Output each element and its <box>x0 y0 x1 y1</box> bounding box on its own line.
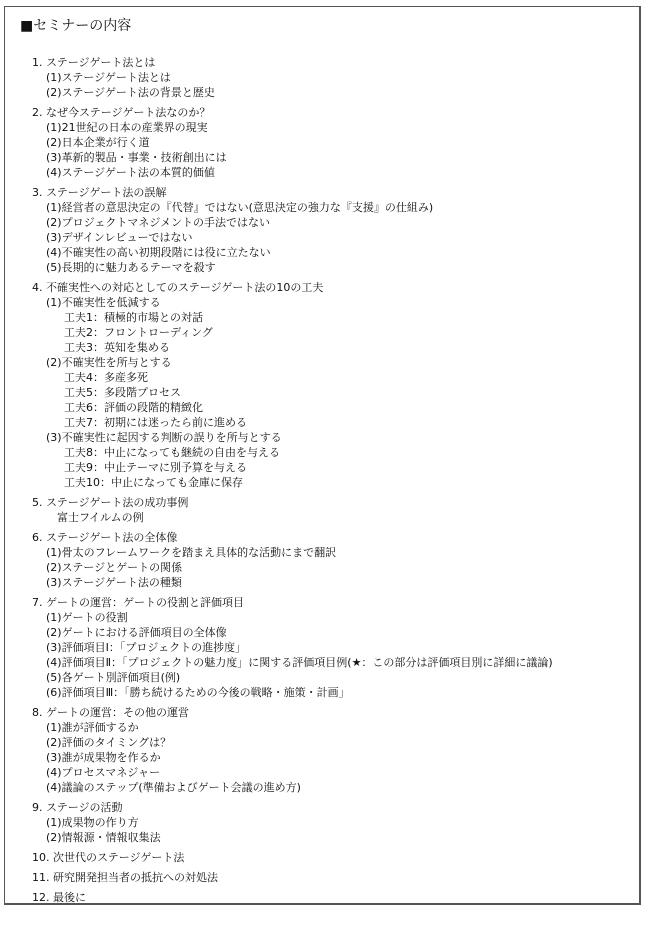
kufu-item: 工夫5：多段階プロセス <box>32 385 632 400</box>
section-heading: 8. ゲートの運営：その他の運営 <box>32 705 632 720</box>
section-heading: 6. ステージゲート法の全体像 <box>32 530 632 545</box>
outline-section: 3. ステージゲート法の誤解 (1)経営者の意思決定の『代替』ではない(意思決定… <box>32 185 632 275</box>
kufu-item: 工夫2：フロントローディング <box>32 325 632 340</box>
subsection-item: (2)情報源・情報収集法 <box>32 830 632 845</box>
outline-section: 1. ステージゲート法とは (1)ステージゲート法とは (2)ステージゲート法の… <box>32 55 632 100</box>
subsection-item: (1)不確実性を低減する <box>32 295 632 310</box>
subsection-item: (2)プロジェクトマネジメントの手法ではない <box>32 215 632 230</box>
outline-section: 7. ゲートの運営：ゲートの役割と評価項目 (1)ゲートの役割 (2)ゲートにお… <box>32 595 632 700</box>
outline-section: 12. 最後に <box>32 890 632 905</box>
section-heading: 10. 次世代のステージゲート法 <box>32 850 632 865</box>
subsection-item: (3)デザインレビューではない <box>32 230 632 245</box>
subsection-item: (2)ゲートにおける評価項目の全体像 <box>32 625 632 640</box>
kufu-item: 工夫7：初期には迷ったら前に進める <box>32 415 632 430</box>
section-heading: 7. ゲートの運営：ゲートの役割と評価項目 <box>32 595 632 610</box>
kufu-item: 工夫9：中止テーマに別予算を与える <box>32 460 632 475</box>
kufu-item: 工夫10：中止になっても金庫に保存 <box>32 475 632 490</box>
outline-section: 5. ステージゲート法の成功事例 富士フイルムの例 <box>32 495 632 525</box>
section-heading: 9. ステージの活動 <box>32 800 632 815</box>
subsection-item: (2)ステージとゲートの関係 <box>32 560 632 575</box>
subsection-item: (6)評価項目Ⅲ：「勝ち続けるための今後の戦略・施策・計画」 <box>32 685 632 700</box>
subsection-item: (1)ステージゲート法とは <box>32 70 632 85</box>
kufu-item: 工夫4：多産多死 <box>32 370 632 385</box>
subsection-item: (1)経営者の意思決定の『代替』ではない(意思決定の強力な『支援』の仕組み) <box>32 200 632 215</box>
outline-section: 2. なぜ今ステージゲート法なのか？ (1)21世紀の日本の産業界の現実 (2)… <box>32 105 632 180</box>
seminar-outline: 1. ステージゲート法とは (1)ステージゲート法とは (2)ステージゲート法の… <box>32 55 632 910</box>
section-heading: 5. ステージゲート法の成功事例 <box>32 495 632 510</box>
outline-section: 11. 研究開発担当者の抵抗への対処法 <box>32 870 632 885</box>
kufu-item: 工夫3：英知を集める <box>32 340 632 355</box>
subsection-item: (1)骨太のフレームワークを踏まえ具体的な活動にまで翻訳 <box>32 545 632 560</box>
subsection-item: (4)評価項目Ⅱ：「プロジェクトの魅力度」に関する評価項目例(★：この部分は評価… <box>32 655 632 670</box>
subsection-item: (2)日本企業が行く道 <box>32 135 632 150</box>
subsection-item: (3)不確実性に起因する判断の誤りを所与とする <box>32 430 632 445</box>
section-heading: 1. ステージゲート法とは <box>32 55 632 70</box>
subsection-item: (3)誰が成果物を作るか <box>32 750 632 765</box>
kufu-item: 工夫6：評価の段階的精緻化 <box>32 400 632 415</box>
subsection-item: 富士フイルムの例 <box>32 510 632 525</box>
subsection-item: (2)評価のタイミングは？ <box>32 735 632 750</box>
subsection-item: (5)長期的に魅力あるテーマを殺す <box>32 260 632 275</box>
outline-section: 9. ステージの活動 (1)成果物の作り方 (2)情報源・情報収集法 <box>32 800 632 845</box>
section-heading: 3. ステージゲート法の誤解 <box>32 185 632 200</box>
outline-section: 10. 次世代のステージゲート法 <box>32 850 632 865</box>
subsection-item: (3)評価項目Ⅰ：「プロジェクトの進捗度」 <box>32 640 632 655</box>
subsection-item: (2)不確実性を所与とする <box>32 355 632 370</box>
page-title: ■セミナーの内容 <box>20 16 131 36</box>
subsection-item: (4)プロセスマネジャー <box>32 765 632 780</box>
section-heading: 11. 研究開発担当者の抵抗への対処法 <box>32 870 632 885</box>
subsection-item: (4)ステージゲート法の本質的価値 <box>32 165 632 180</box>
section-heading: 12. 最後に <box>32 890 632 905</box>
subsection-item: (4)議論のステップ(準備およびゲート会議の進め方) <box>32 780 632 795</box>
subsection-item: (3)ステージゲート法の種類 <box>32 575 632 590</box>
outline-section: 4. 不確実性への対応としてのステージゲート法の10の工夫 (1)不確実性を低減… <box>32 280 632 490</box>
subsection-item: (1)成果物の作り方 <box>32 815 632 830</box>
outline-section: 6. ステージゲート法の全体像 (1)骨太のフレームワークを踏まえ具体的な活動に… <box>32 530 632 590</box>
subsection-item: (1)ゲートの役割 <box>32 610 632 625</box>
outline-section: 8. ゲートの運営：その他の運営 (1)誰が評価するか (2)評価のタイミングは… <box>32 705 632 795</box>
kufu-item: 工夫1：積極的市場との対話 <box>32 310 632 325</box>
kufu-item: 工夫8：中止になっても継続の自由を与える <box>32 445 632 460</box>
subsection-item: (4)不確実性の高い初期段階には役に立たない <box>32 245 632 260</box>
subsection-item: (3)革新的製品・事業・技術創出には <box>32 150 632 165</box>
subsection-item: (5)各ゲート別評価項目(例) <box>32 670 632 685</box>
section-heading: 4. 不確実性への対応としてのステージゲート法の10の工夫 <box>32 280 632 295</box>
subsection-item: (1)誰が評価するか <box>32 720 632 735</box>
section-heading: 2. なぜ今ステージゲート法なのか？ <box>32 105 632 120</box>
subsection-item: (2)ステージゲート法の背景と歴史 <box>32 85 632 100</box>
subsection-item: (1)21世紀の日本の産業界の現実 <box>32 120 632 135</box>
